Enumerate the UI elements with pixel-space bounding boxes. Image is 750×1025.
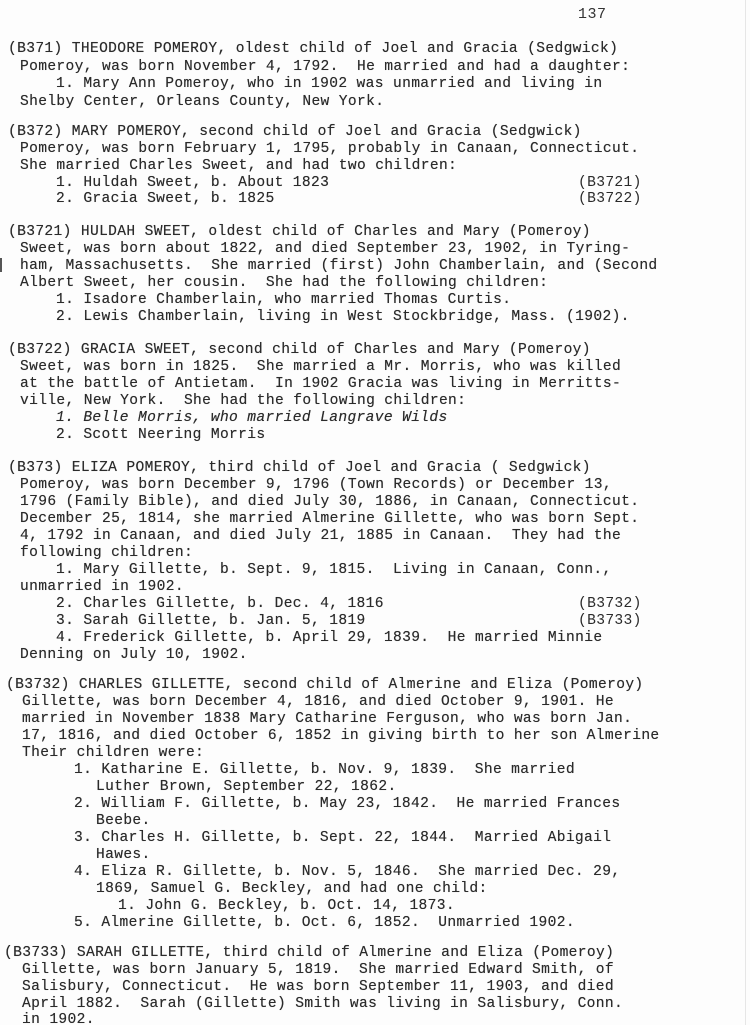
entry-heading: (B3733) SARAH GILLETTE, third child of A… <box>4 945 614 962</box>
page-number: 137 <box>578 6 607 23</box>
child-item: 1. Mary Ann Pomeroy, who in 1902 was unm… <box>56 76 602 93</box>
entry-heading: (B3722) GRACIA SWEET, second child of Ch… <box>8 342 591 359</box>
cross-reference: (B3733) <box>578 613 642 630</box>
child-item: 1. Mary Gillette, b. Sept. 9, 1815. Livi… <box>56 562 612 579</box>
scan-margin-mark <box>0 258 2 272</box>
child-item: 3. Sarah Gillette, b. Jan. 5, 1819 <box>56 613 366 630</box>
entry-text: Denning on July 10, 1902. <box>20 647 248 664</box>
child-item-continued: Hawes. <box>96 847 151 864</box>
entry-text: Pomeroy, was born December 9, 1796 (Town… <box>20 477 612 494</box>
cross-reference: (B3732) <box>578 596 642 613</box>
child-item: 2. Scott Neering Morris <box>56 427 265 444</box>
child-item-continued: Luther Brown, September 22, 1862. <box>96 779 397 796</box>
entry-text: 4, 1792 in Canaan, and died July 21, 188… <box>20 528 621 545</box>
entry-text: at the battle of Antietam. In 1902 Graci… <box>20 376 621 393</box>
entry-text: Gillette, was born January 5, 1819. She … <box>22 962 614 979</box>
entry-heading: (B3732) CHARLES GILLETTE, second child o… <box>6 677 644 694</box>
entry-heading: (B371) THEODORE POMEROY, oldest child of… <box>8 41 618 58</box>
child-item: 1. Isadore Chamberlain, who married Thom… <box>56 292 511 309</box>
entry-text: ham, Massachusetts. She married (first) … <box>20 258 658 275</box>
entry-text: 17, 1816, and died October 6, 1852 in gi… <box>22 728 660 745</box>
child-item-continued: 1869, Samuel G. Beckley, and had one chi… <box>96 881 488 898</box>
entry-text: in 1902. <box>22 1012 95 1025</box>
entry-text: Albert Sweet, her cousin. She had the fo… <box>20 275 548 292</box>
child-item: 1. Belle Morris, who married Langrave Wi… <box>56 410 448 427</box>
entry-text: Gillette, was born December 4, 1816, and… <box>22 694 614 711</box>
entry-text: April 1882. Sarah (Gillette) Smith was l… <box>22 996 623 1013</box>
child-item: 4. Frederick Gillette, b. April 29, 1839… <box>56 630 602 647</box>
grandchild-item: 1. John G. Beckley, b. Oct. 14, 1873. <box>118 898 455 915</box>
cross-reference: (B3721) <box>578 175 642 192</box>
child-item: 1. Huldah Sweet, b. About 1823 <box>56 175 329 192</box>
scan-edge-line <box>745 0 746 1025</box>
child-item: 4. Eliza R. Gillette, b. Nov. 5, 1846. S… <box>74 864 620 881</box>
entry-heading: (B3721) HULDAH SWEET, oldest child of Ch… <box>8 224 591 241</box>
entry-text: December 25, 1814, she married Almerine … <box>20 511 639 528</box>
child-item: 2. Charles Gillette, b. Dec. 4, 1816 <box>56 596 384 613</box>
cross-reference: (B3722) <box>578 191 642 208</box>
entry-text: ville, New York. She had the following c… <box>20 393 466 410</box>
entry-text: Sweet, was born about 1822, and died Sep… <box>20 241 630 258</box>
entry-text: Pomeroy, was born November 4, 1792. He m… <box>20 59 630 76</box>
entry-text: Shelby Center, Orleans County, New York. <box>20 94 384 111</box>
entry-text: Pomeroy, was born February 1, 1795, prob… <box>20 141 639 158</box>
entry-text: unmarried in 1902. <box>20 579 184 596</box>
document-page: 137 (B371) THEODORE POMEROY, oldest chil… <box>0 0 750 1025</box>
entry-text: Salisbury, Connecticut. He was born Sept… <box>22 979 614 996</box>
entry-heading: (B372) MARY POMEROY, second child of Joe… <box>8 124 582 141</box>
entry-text: She married Charles Sweet, and had two c… <box>20 158 457 175</box>
entry-heading: (B373) ELIZA POMEROY, third child of Joe… <box>8 460 591 477</box>
entry-text: 1796 (Family Bible), and died July 30, 1… <box>20 494 639 511</box>
entry-text: Sweet, was born in 1825. She married a M… <box>20 359 621 376</box>
child-item: 1. Katharine E. Gillette, b. Nov. 9, 183… <box>74 762 575 779</box>
child-item-continued: Beebe. <box>96 813 151 830</box>
entry-text: following children: <box>20 545 193 562</box>
child-item: 2. William F. Gillette, b. May 23, 1842.… <box>74 796 620 813</box>
child-item: 5. Almerine Gillette, b. Oct. 6, 1852. U… <box>74 915 575 932</box>
child-item: 3. Charles H. Gillette, b. Sept. 22, 184… <box>74 830 611 847</box>
child-item: 2. Lewis Chamberlain, living in West Sto… <box>56 309 630 326</box>
child-item: 2. Gracia Sweet, b. 1825 <box>56 191 275 208</box>
entry-text: Their children were: <box>22 745 204 762</box>
entry-text: married in November 1838 Mary Catharine … <box>22 711 632 728</box>
